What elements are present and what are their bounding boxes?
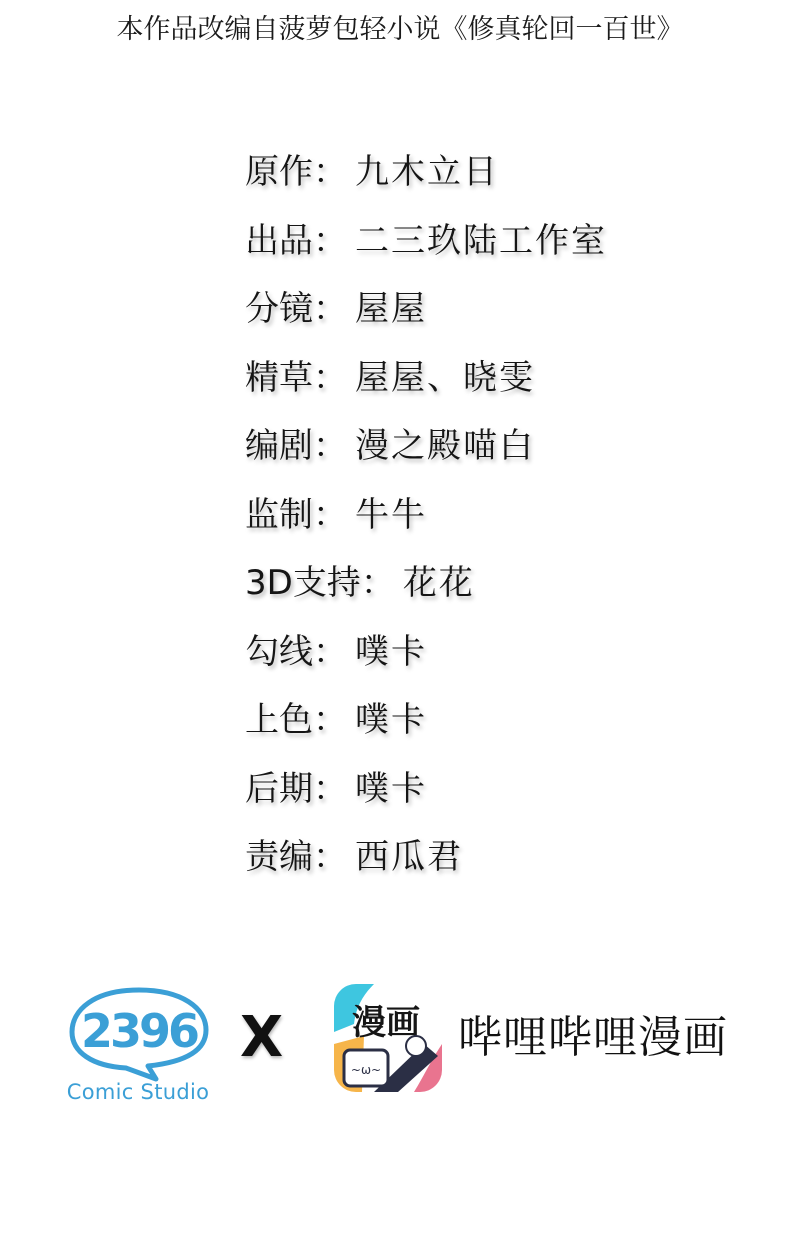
credit-row-3d-support: 3D支持：花花	[245, 561, 607, 630]
credit-name: 漫之殿喵白	[355, 424, 535, 468]
credit-row-post-production: 后期：噗卡	[245, 767, 607, 836]
credit-separator: ：	[313, 219, 347, 263]
credit-row-original-author: 原作：九木立日	[245, 150, 607, 219]
credit-role: 编剧	[245, 424, 313, 468]
credit-role: 精草	[245, 356, 313, 400]
credit-role: 原作	[245, 150, 313, 194]
credit-name: 噗卡	[355, 698, 427, 742]
credit-name: 屋屋、晓雯	[355, 356, 535, 400]
credit-role: 后期	[245, 767, 313, 811]
svg-text:~ω~: ~ω~	[351, 1063, 381, 1077]
credit-row-producer: 出品：二三玖陆工作室	[245, 219, 607, 288]
bilibili-comics-app-icon: 漫画 ~ω~	[334, 984, 442, 1092]
credit-name: 花花	[403, 561, 475, 605]
credit-name: 噗卡	[355, 767, 427, 811]
credit-row-script: 编剧：漫之殿喵白	[245, 424, 607, 493]
credit-name: 西瓜君	[355, 835, 463, 879]
credit-separator: ：	[313, 698, 347, 742]
credit-separator: ：	[313, 630, 347, 674]
credit-role: 监制	[245, 493, 313, 537]
credit-role: 责编	[245, 835, 313, 879]
credit-separator: ：	[313, 493, 347, 537]
credit-name: 屋屋	[355, 287, 427, 331]
studio-caption: Comic Studio	[58, 1080, 218, 1104]
credit-row-editor: 责编：西瓜君	[245, 835, 607, 904]
app-name: 哔哩哔哩漫画	[458, 1012, 728, 1064]
studio-logo-2396: 2396 Comic Studio	[58, 980, 218, 1115]
credits-list: 原作：九木立日 出品：二三玖陆工作室 分镜：屋屋 精草：屋屋、晓雯 编剧：漫之殿…	[245, 150, 607, 904]
credit-separator: ：	[361, 561, 395, 605]
credit-name: 牛牛	[355, 493, 427, 537]
credit-row-rough-draft: 精草：屋屋、晓雯	[245, 356, 607, 425]
credit-separator: ：	[313, 835, 347, 879]
speech-bubble-logo-icon: 2396	[64, 982, 214, 1082]
source-note: 本作品改编自菠萝包轻小说《修真轮回一百世》	[0, 12, 800, 48]
credit-name: 噗卡	[355, 630, 427, 674]
credit-role: 勾线	[245, 630, 313, 674]
credit-separator: ：	[313, 356, 347, 400]
svg-text:2396: 2396	[81, 1004, 198, 1058]
credit-separator: ：	[313, 287, 347, 331]
credit-row-supervisor: 监制：牛牛	[245, 493, 607, 562]
credit-role: 上色	[245, 698, 313, 742]
credit-row-line-art: 勾线：噗卡	[245, 630, 607, 699]
app-icon-artwork: 漫画 ~ω~	[334, 984, 442, 1092]
credit-role: 3D支持	[245, 561, 361, 605]
collaboration-x: X	[240, 1008, 283, 1068]
credit-separator: ：	[313, 767, 347, 811]
credit-name: 九木立日	[355, 150, 499, 194]
credit-separator: ：	[313, 424, 347, 468]
credit-role: 出品	[245, 219, 313, 263]
credit-row-coloring: 上色：噗卡	[245, 698, 607, 767]
credit-role: 分镜	[245, 287, 313, 331]
credit-row-storyboard: 分镜：屋屋	[245, 287, 607, 356]
credit-name: 二三玖陆工作室	[355, 219, 607, 263]
partner-logos: 2396 Comic Studio X 漫画 ~ω~ 哔哩哔哩漫画	[0, 980, 800, 1120]
credit-separator: ：	[313, 150, 347, 194]
